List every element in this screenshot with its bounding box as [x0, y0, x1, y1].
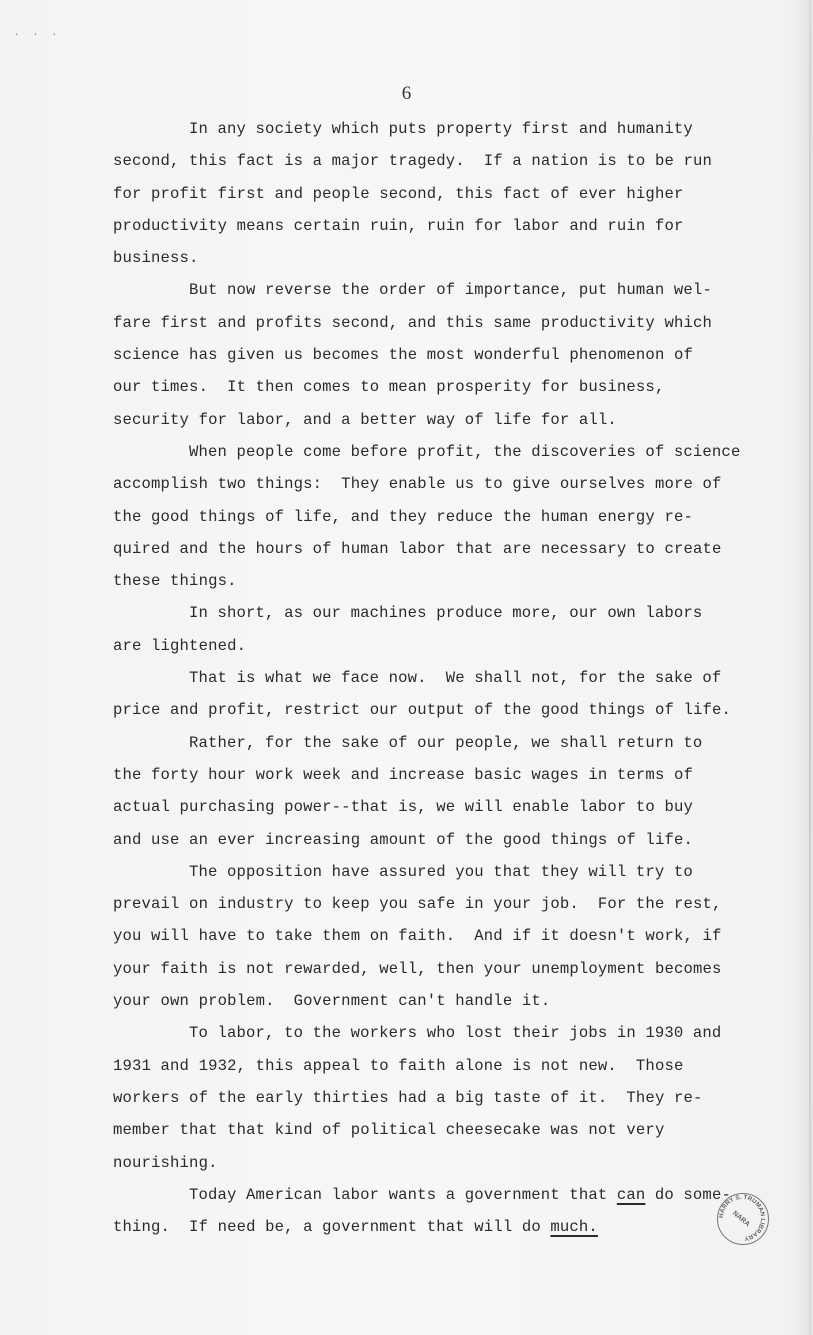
page-number: 6	[0, 83, 813, 105]
underlined-word: can	[617, 1186, 646, 1204]
scan-specks: · · ·	[14, 30, 61, 40]
text-line: actual purchasing power--that is, we wil…	[113, 791, 793, 823]
text-line: science has given us becomes the most wo…	[113, 339, 793, 371]
page-edge-shadow	[809, 0, 811, 1335]
text-line: That is what we face now. We shall not, …	[113, 662, 793, 694]
underlined-word: much.	[550, 1218, 598, 1236]
text-line: second, this fact is a major tragedy. If…	[113, 145, 793, 177]
document-page: · · · 6 In any society which puts proper…	[0, 0, 813, 1335]
text-line: thing. If need be, a government that wil…	[113, 1211, 793, 1243]
text-line: Today American labor wants a government …	[113, 1179, 793, 1211]
text-line: Rather, for the sake of our people, we s…	[113, 727, 793, 759]
text-line: the forty hour work week and increase ba…	[113, 759, 793, 791]
text-line: But now reverse the order of importance,…	[113, 274, 793, 306]
text-line: our times. It then comes to mean prosper…	[113, 371, 793, 403]
text-segment: Today American labor wants a government …	[189, 1186, 617, 1204]
text-line: The opposition have assured you that the…	[113, 856, 793, 888]
text-line: workers of the early thirties had a big …	[113, 1082, 793, 1114]
text-line: In any society which puts property first…	[113, 113, 793, 145]
text-line: are lightened.	[113, 630, 793, 662]
text-line: quired and the hours of human labor that…	[113, 533, 793, 565]
text-line: business.	[113, 242, 793, 274]
text-line: In short, as our machines produce more, …	[113, 597, 793, 629]
truman-library-stamp: HARRY S. TRUMAN LIBRARY NARA	[717, 1193, 769, 1245]
text-line: your own problem. Government can't handl…	[113, 985, 793, 1017]
text-line: you will have to take them on faith. And…	[113, 920, 793, 952]
text-line: price and profit, restrict our output of…	[113, 694, 793, 726]
text-line: prevail on industry to keep you safe in …	[113, 888, 793, 920]
text-line: member that that kind of political chees…	[113, 1114, 793, 1146]
text-segment: thing. If need be, a government that wil…	[113, 1218, 550, 1236]
stamp-icon: HARRY S. TRUMAN LIBRARY NARA	[716, 1192, 768, 1244]
text-line: these things.	[113, 565, 793, 597]
text-line: When people come before profit, the disc…	[113, 436, 793, 468]
text-line: accomplish two things: They enable us to…	[113, 468, 793, 500]
text-line: security for labor, and a better way of …	[113, 404, 793, 436]
text-line: productivity means certain ruin, ruin fo…	[113, 210, 793, 242]
text-line: fare first and profits second, and this …	[113, 307, 793, 339]
svg-text:NARA: NARA	[731, 1210, 751, 1228]
text-line: nourishing.	[113, 1147, 793, 1179]
document-body: In any society which puts property first…	[113, 113, 793, 1243]
text-line: your faith is not rewarded, well, then y…	[113, 953, 793, 985]
text-line: the good things of life, and they reduce…	[113, 501, 793, 533]
text-line: To labor, to the workers who lost their …	[113, 1017, 793, 1049]
text-line: for profit first and people second, this…	[113, 178, 793, 210]
text-line: 1931 and 1932, this appeal to faith alon…	[113, 1050, 793, 1082]
text-line: and use an ever increasing amount of the…	[113, 824, 793, 856]
